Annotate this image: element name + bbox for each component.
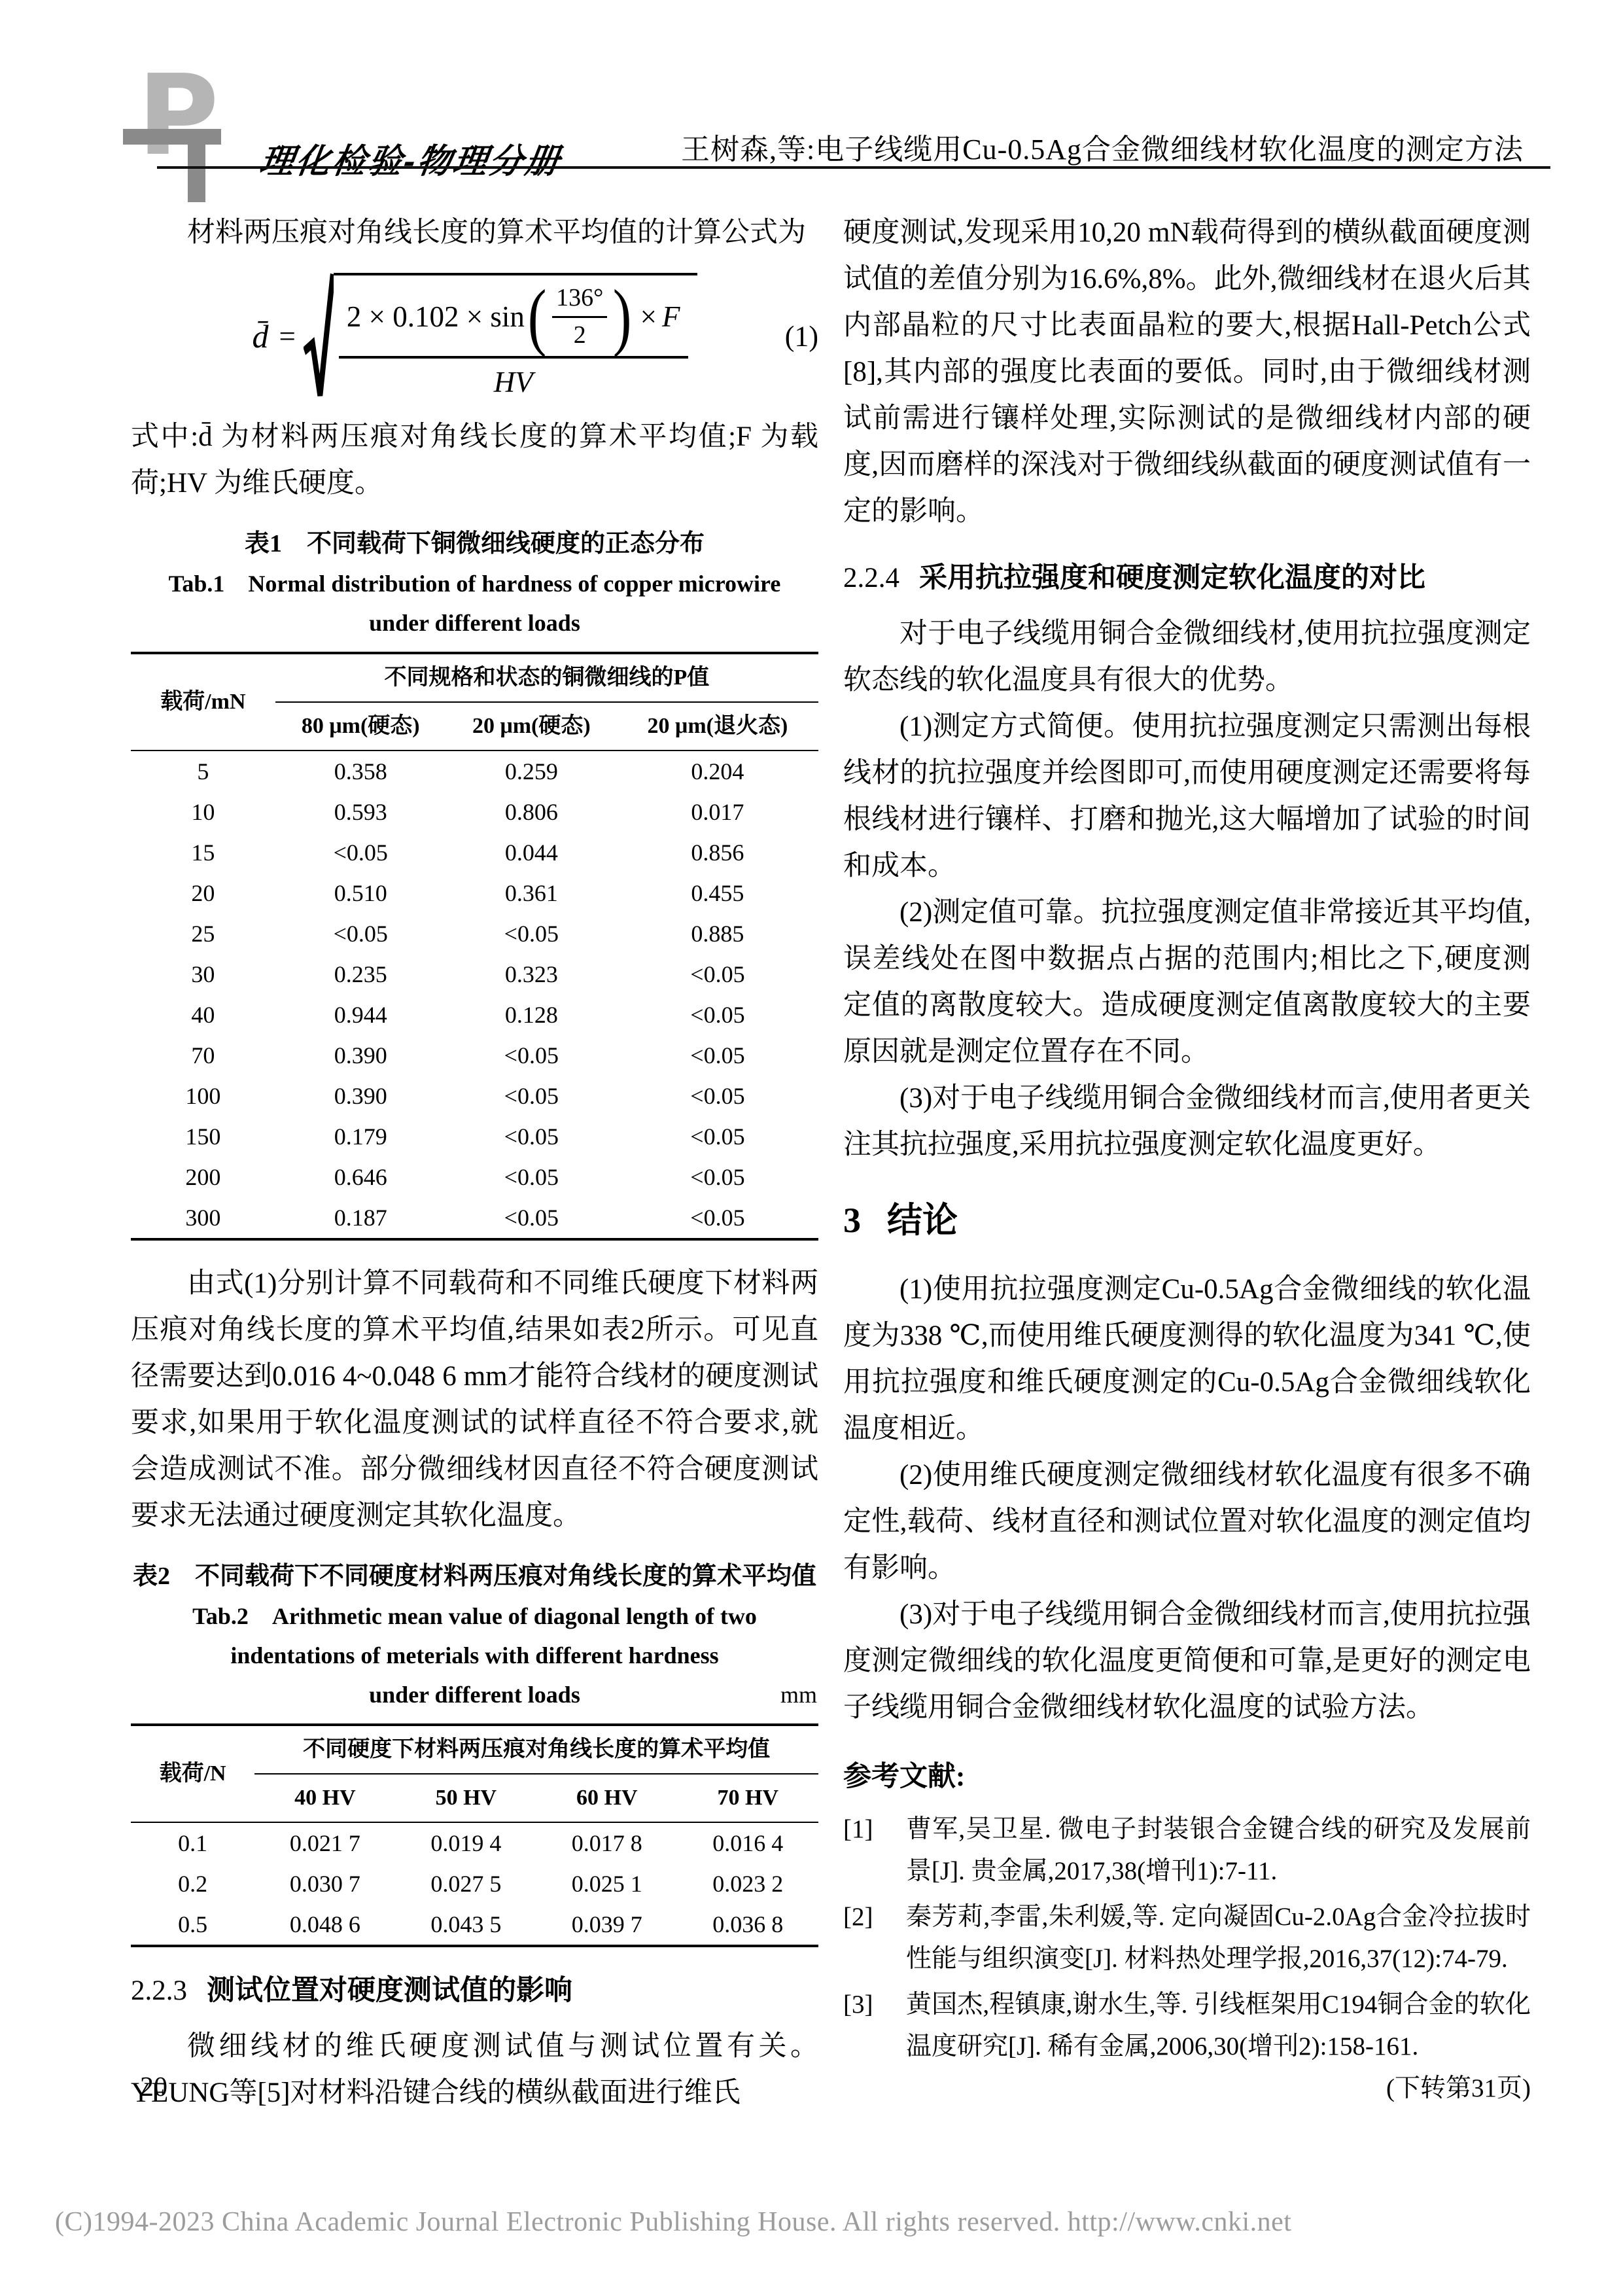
table1-subheader: 80 μm(硬态) [275,702,446,751]
table-cell: 0.030 7 [254,1863,395,1904]
table-cell: <0.05 [617,1076,818,1116]
table-cell: 0.025 1 [536,1863,677,1904]
table-cell: 5 [131,751,275,792]
section-heading-224: 2.2.4采用抗拉强度和硬度测定软化温度的对比 [843,557,1531,600]
table-cell: 0.259 [446,751,617,792]
table-cell: 0.044 [446,832,617,873]
table2-caption-en: Tab.2 Arithmetic mean value of diagonal … [131,1597,818,1636]
table1-load-header: 载荷/mN [131,653,275,751]
table-cell: 0.358 [275,751,446,792]
table1-subheader: 20 μm(退火态) [617,702,818,751]
paragraph: 硬度测试,发现采用10,20 mN载荷得到的横纵截面硬度测试值的差值分别为16.… [843,209,1531,535]
equals-sign: = [279,319,295,353]
table-cell: 0.021 7 [254,1822,395,1863]
left-column: 材料两压痕对角线长度的算术平均值的计算公式为 d̄ = 2 × 0.102 × … [131,209,818,2116]
table-cell: <0.05 [446,913,617,954]
table-row: 50.3580.2590.204 [131,751,818,792]
table-cell: 0.1 [131,1822,254,1863]
table-cell: 0.361 [446,873,617,913]
table-cell: 0.390 [275,1076,446,1116]
reference-text: 秦芳莉,李雷,朱利媛,等. 定向凝固Cu-2.0Ag合金冷拉拔时性能与组织演变[… [906,1896,1531,1980]
table-row: 300.2350.323<0.05 [131,954,818,995]
reference-text: 曹军,吴卫星. 微电子封装银合金键合线的研究及发展前景[J]. 贵金属,2017… [906,1809,1531,1892]
equation-number: (1) [785,319,818,353]
table2-load-header: 载荷/N [131,1725,254,1822]
table-cell: 0.187 [275,1197,446,1239]
fraction: 2 × 0.102 × sin ( 136° 2 ) × F HV [339,283,688,399]
continuation-note: (下转第31页) [1386,2068,1531,2110]
table-row: 400.9440.128<0.05 [131,995,818,1035]
table-cell: 0.856 [617,832,818,873]
table-cell: 300 [131,1197,275,1239]
table2-caption-en3: under different loads mm [131,1675,818,1714]
page-number: 20 [140,2072,167,2103]
table2-caption-en3-text: under different loads [369,1682,580,1708]
fraction-numerator: 2 × 0.102 × sin ( 136° 2 ) × F [339,283,688,356]
section-number: 3 [843,1201,861,1240]
table2-subheader: 40 HV [254,1774,395,1822]
paragraph: (3)对于电子线缆用铜合金微细线材而言,使用抗拉强度测定微细线的软化温度更简便和… [843,1591,1531,1731]
paragraph: 式中:d̄ 为材料两压痕对角线长度的算术平均值;F 为载荷;HV 为维氏硬度。 [131,414,818,506]
table-1: 载荷/mN 不同规格和状态的铜微细线的P值 80 μm(硬态) 20 μm(硬态… [131,652,818,1241]
table-cell: 30 [131,954,275,995]
table-row: 0.10.021 70.019 40.017 80.016 4 [131,1822,818,1863]
table1-subheader: 20 μm(硬态) [446,702,617,751]
table-cell: 0.646 [275,1157,446,1197]
table-cell: <0.05 [446,1157,617,1197]
table-cell: 0.235 [275,954,446,995]
section-title: 测试位置对硬度测试值的影响 [207,1975,572,2006]
inner-denominator: 2 [574,318,586,349]
table-cell: <0.05 [446,1116,617,1157]
table-row: 25<0.05<0.050.885 [131,913,818,954]
copyright-footer: (C)1994-2023 China Academic Journal Elec… [55,2206,1291,2238]
table-cell: 0.019 4 [396,1822,536,1863]
table-row: 0.20.030 70.027 50.025 10.023 2 [131,1863,818,1904]
radicand: 2 × 0.102 × sin ( 136° 2 ) × F HV [334,273,697,399]
table1-caption-en: Tab.1 Normal distribution of hardness of… [131,564,818,603]
table1-caption-zh: 表1 不同载荷下铜微细线硬度的正态分布 [131,523,818,564]
paragraph: (1)使用抗拉强度测定Cu-0.5Ag合金微细线的软化温度为338 ℃,而使用维… [843,1266,1531,1452]
equation-1: d̄ = 2 × 0.102 × sin ( 136° 2 [131,273,818,399]
right-column: 硬度测试,发现采用10,20 mN载荷得到的横纵截面硬度测试值的差值分别为16.… [843,209,1531,2116]
table-cell: <0.05 [275,832,446,873]
table-cell: 20 [131,873,275,913]
table-cell: 0.027 5 [396,1863,536,1904]
table-cell: <0.05 [446,1197,617,1239]
paragraph: 微细线材的维氏硬度测试值与测试位置有关。YEUNG等[5]对材料沿键合线的横纵截… [131,2023,818,2116]
table1-body: 50.3580.2590.204100.5930.8060.01715<0.05… [131,751,818,1239]
paper-page: P 理化检验-物理分册 王树森,等:电子线缆用Cu-0.5Ag合金微细线材软化温… [0,0,1623,2296]
table-cell: <0.05 [617,954,818,995]
table-cell: 0.806 [446,792,617,832]
header-rule [157,166,1550,169]
table2-span-header: 不同硬度下材料两压痕对角线长度的算术平均值 [254,1725,818,1774]
table-row: 0.50.048 60.043 50.039 70.036 8 [131,1904,818,1946]
table-cell: 70 [131,1035,275,1076]
table-row: 15<0.050.0440.856 [131,832,818,873]
table-row: 1000.390<0.05<0.05 [131,1076,818,1116]
table-cell: 0.5 [131,1904,254,1946]
section-heading-223: 2.2.3测试位置对硬度测试值的影响 [131,1969,818,2013]
table-cell: <0.05 [617,1197,818,1239]
table2-caption-en2: indentations of meterials with different… [131,1636,818,1675]
table-row: 2000.646<0.05<0.05 [131,1157,818,1197]
running-head-article-title: 王树森,等:电子线缆用Cu-0.5Ag合金微细线材软化温度的测定方法 [681,126,1524,168]
table-cell: 0.510 [275,873,446,913]
table-cell: 10 [131,792,275,832]
table2-header: 载荷/N 不同硬度下材料两压痕对角线长度的算术平均值 40 HV 50 HV 6… [131,1725,818,1822]
table-cell: 0.2 [131,1863,254,1904]
table-cell: 0.390 [275,1035,446,1076]
section-number: 2.2.4 [843,563,899,593]
reference-item: [3] 黄国杰,程镇康,谢水生,等. 引线框架用C194铜合金的软化温度研究[J… [843,1984,1531,2110]
table-cell: 0.128 [446,995,617,1035]
table-cell: 0.017 [617,792,818,832]
table-cell: 0.204 [617,751,818,792]
table-cell: <0.05 [275,913,446,954]
two-column-body: 材料两压痕对角线长度的算术平均值的计算公式为 d̄ = 2 × 0.102 × … [131,209,1531,2116]
table-cell: 0.039 7 [536,1904,677,1946]
reference-text-body: 黄国杰,程镇康,谢水生,等. 引线框架用C194铜合金的软化温度研究[J]. 稀… [906,1990,1531,2060]
journal-logo-cross-icon [123,129,221,145]
table2-subheader: 50 HV [396,1774,536,1822]
paragraph: (1)测定方式简便。使用抗拉强度测定只需测出每根线材的抗拉强度并绘图即可,而使用… [843,703,1531,889]
table-cell: <0.05 [446,1035,617,1076]
table-cell: 25 [131,913,275,954]
table2-unit: mm [780,1675,817,1714]
paragraph: (2)使用维氏硬度测定微细线材软化温度有很多不确定性,载荷、线材直径和测试位置对… [843,1452,1531,1591]
table-row: 3000.187<0.05<0.05 [131,1197,818,1239]
times-sign: × [640,300,657,334]
table-cell: <0.05 [617,1035,818,1076]
table-cell: <0.05 [617,1116,818,1157]
table-cell: 0.885 [617,913,818,954]
references-heading: 参考文献: [843,1754,1531,1794]
paragraph: 对于电子线缆用铜合金微细线材,使用抗拉强度测定软态线的软化温度具有很大的优势。 [843,610,1531,703]
force-variable: F [662,300,680,334]
section-heading-3: 3结论 [843,1197,1531,1244]
left-paren: ( [528,287,547,346]
table-cell: 0.593 [275,792,446,832]
table1-header: 载荷/mN 不同规格和状态的铜微细线的P值 80 μm(硬态) 20 μm(硬态… [131,653,818,751]
section-title: 采用抗拉强度和硬度测定软化温度的对比 [919,563,1425,593]
table2-subheader: 70 HV [678,1774,818,1822]
journal-logo-icon: P [137,60,219,171]
numerator-text: 2 × 0.102 × sin [347,300,525,334]
square-root: 2 × 0.102 × sin ( 136° 2 ) × F HV [304,273,697,399]
table-cell: 150 [131,1116,275,1157]
table-cell: 0.017 8 [536,1822,677,1863]
table-cell: 40 [131,995,275,1035]
reference-number: [1] [843,1809,906,1892]
table-cell: 0.455 [617,873,818,913]
table-row: 200.5100.3610.455 [131,873,818,913]
table-cell: <0.05 [446,1076,617,1116]
table-cell: <0.05 [617,995,818,1035]
table-row: 700.390<0.05<0.05 [131,1035,818,1076]
table-cell: 15 [131,832,275,873]
table-cell: 0.323 [446,954,617,995]
table-cell: 0.048 6 [254,1904,395,1946]
table2-subheader: 60 HV [536,1774,677,1822]
inner-numerator: 136° [552,283,607,318]
table-cell: 0.043 5 [396,1904,536,1946]
section-number: 2.2.3 [131,1975,187,2006]
fraction-denominator: HV [339,356,688,399]
paragraph: 材料两压痕对角线长度的算术平均值的计算公式为 [131,209,818,256]
reference-number: [2] [843,1896,906,1980]
table-cell: 0.179 [275,1116,446,1157]
equation-lhs: d̄ [252,317,268,355]
reference-number: [3] [843,1984,906,2110]
table2-body: 0.10.021 70.019 40.017 80.016 40.20.030 … [131,1822,818,1946]
table-cell: 0.036 8 [678,1904,818,1946]
paragraph: (3)对于电子线缆用铜合金微细线材而言,使用者更关注其抗拉强度,采用抗拉强度测定… [843,1075,1531,1168]
reference-text: 黄国杰,程镇康,谢水生,等. 引线框架用C194铜合金的软化温度研究[J]. 稀… [906,1984,1531,2110]
table-cell: <0.05 [617,1157,818,1197]
table1-span-header: 不同规格和状态的铜微细线的P值 [275,653,818,702]
table-2: 载荷/N 不同硬度下材料两压痕对角线长度的算术平均值 40 HV 50 HV 6… [131,1723,818,1947]
table-cell: 0.023 2 [678,1863,818,1904]
table-cell: 100 [131,1076,275,1116]
inner-fraction: 136° 2 [552,283,607,349]
right-paren: ) [613,287,632,346]
paragraph: 由式(1)分别计算不同载荷和不同维氏硬度下材料两压痕对角线长度的算术平均值,结果… [131,1260,818,1539]
reference-item: [1] 曹军,吴卫星. 微电子封装银合金键合线的研究及发展前景[J]. 贵金属,… [843,1809,1531,1892]
paragraph: (2)测定值可靠。抗拉强度测定值非常接近其平均值,误差线处在图中数据点占据的范围… [843,889,1531,1075]
table2-caption-zh: 表2 不同载荷下不同硬度材料两压痕对角线长度的算术平均值 [131,1556,818,1597]
table-cell: 200 [131,1157,275,1197]
table1-caption-en2: under different loads [131,603,818,643]
table-row: 1500.179<0.05<0.05 [131,1116,818,1157]
table-cell: 0.016 4 [678,1822,818,1863]
reference-item: [2] 秦芳莉,李雷,朱利媛,等. 定向凝固Cu-2.0Ag合金冷拉拔时性能与组… [843,1896,1531,1980]
section-title: 结论 [887,1201,958,1240]
table-row: 100.5930.8060.017 [131,792,818,832]
journal-logo-cross-stem-icon [188,129,205,202]
journal-name: 理化检验-物理分册 [257,133,565,183]
table-cell: 0.944 [275,995,446,1035]
radical-icon [304,273,334,399]
